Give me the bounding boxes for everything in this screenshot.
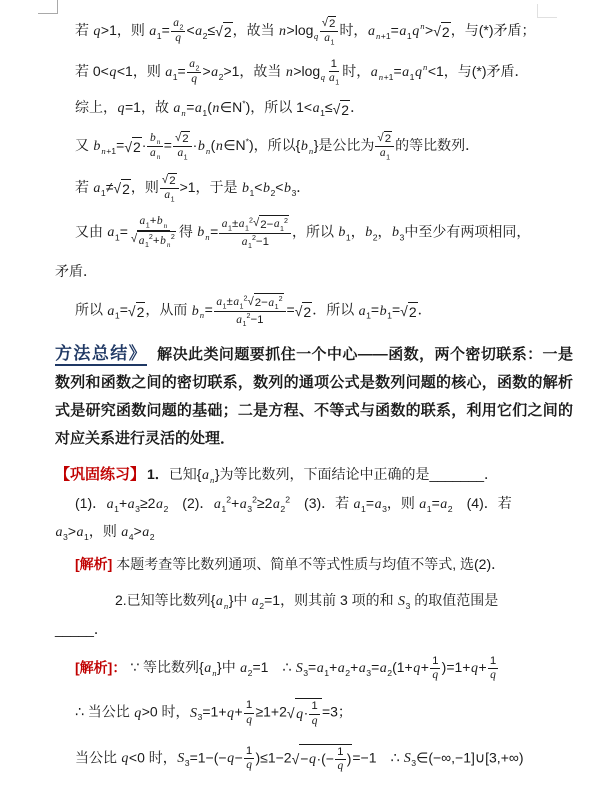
exercise-q2-row: 2.已知等比数列{an}中 a2=1，则其前 3 项的和 S3 的取值范围是 bbox=[55, 590, 573, 611]
analysis1-label: [解析] bbox=[75, 556, 112, 572]
proof-line: 矛盾． bbox=[55, 261, 573, 281]
proof-line: 所以 a1=√2，从而 bn=a1±a12√2−a12a12−1=√2．所以 a… bbox=[55, 293, 573, 329]
analysis2-label: [解析]： bbox=[75, 659, 126, 675]
proof-line: 若 0<q<1，则 a1=a2q>a2>1，故当 n>logq1a1时，an+1… bbox=[55, 58, 573, 87]
analysis2-row: [解析]： ∵ 等比数列{an}中 a2=1 ∴ S3=a1+a2+a3=a2(… bbox=[55, 655, 573, 682]
exercises-heading: 【巩固练习】 bbox=[55, 466, 145, 483]
page-margin-mark-topright bbox=[537, 4, 557, 18]
proof-section: 若 q>1，则 a1=a2q<a2≤√2，故当 n>logq√2a1时，an+1… bbox=[55, 16, 573, 329]
document-page: 若 q>1，则 a1=a2q<a2≤√2，故当 n>logq√2a1时，an+1… bbox=[0, 0, 615, 773]
analysis2-line1: ∵ 等比数列{an}中 a2=1 ∴ S3=a1+a2+a3=a2(1+q+1q… bbox=[130, 659, 499, 675]
analysis1-text: 本题考查等比数列通项、简单不等式性质与均值不等式, 选(2)． bbox=[116, 556, 505, 572]
proof-line: 综上，q=1，故 an=a1(n∈N*)，所以 1<a1≤√2． bbox=[55, 97, 573, 118]
analysis2-case-negative: 当公比 q<0 时，S3=1−(−q−1q)≤1−2√−q·(−1q)=−1 ∴… bbox=[55, 744, 573, 773]
page-margin-mark-topleft bbox=[38, 0, 58, 14]
method-summary-heading: 方法总结》 bbox=[55, 344, 147, 366]
proof-line: 又 bn+1=√2·bnan=√2a1·bn(n∈N*)，所以{bn}是公比为√… bbox=[55, 131, 573, 162]
q1-option-line: (1)．a1+a3≥2a2 (2)．a12+a32≥2a22 (3)．若 a1=… bbox=[55, 493, 573, 514]
method-summary: 方法总结》解决此类问题要抓住一个中心——函数，两个密切联系：一是数列和函数之间的… bbox=[55, 340, 573, 453]
proof-line: 若 q>1，则 a1=a2q<a2≤√2，故当 n>logq√2a1时，an+1… bbox=[55, 16, 573, 47]
q1-options: (1)．a1+a3≥2a2 (2)．a12+a32≥2a22 (3)．若 a1=… bbox=[55, 493, 573, 543]
proof-line: 若 a1≠√2，则√2a1>1，于是 b1<b2<b3． bbox=[55, 173, 573, 204]
analysis1-row: [解析] 本题考查等比数列通项、简单不等式性质与均值不等式, 选(2)． bbox=[55, 554, 573, 574]
exercises-section: 【巩固练习】1．已知{an}为等比数列，下面结论中正确的是_______． (1… bbox=[55, 463, 573, 773]
proof-line: 又由 a1=a1+bn√a12+bn2得 bn=a1±a12√2−a12a12−… bbox=[55, 215, 573, 251]
q1-text: 1．已知{an}为等比数列，下面结论中正确的是_______． bbox=[147, 466, 498, 482]
q1-option-line: a3>a1，则 a4>a2 bbox=[55, 521, 573, 542]
analysis2-case-positive: ∴ 当公比 q>0 时，S3=1+q+1q≥1+2√q·1q=3； bbox=[55, 698, 573, 727]
q2-answer-blank: _____． bbox=[55, 619, 573, 639]
exercise-q1-row: 【巩固练习】1．已知{an}为等比数列，下面结论中正确的是_______． bbox=[55, 463, 573, 485]
